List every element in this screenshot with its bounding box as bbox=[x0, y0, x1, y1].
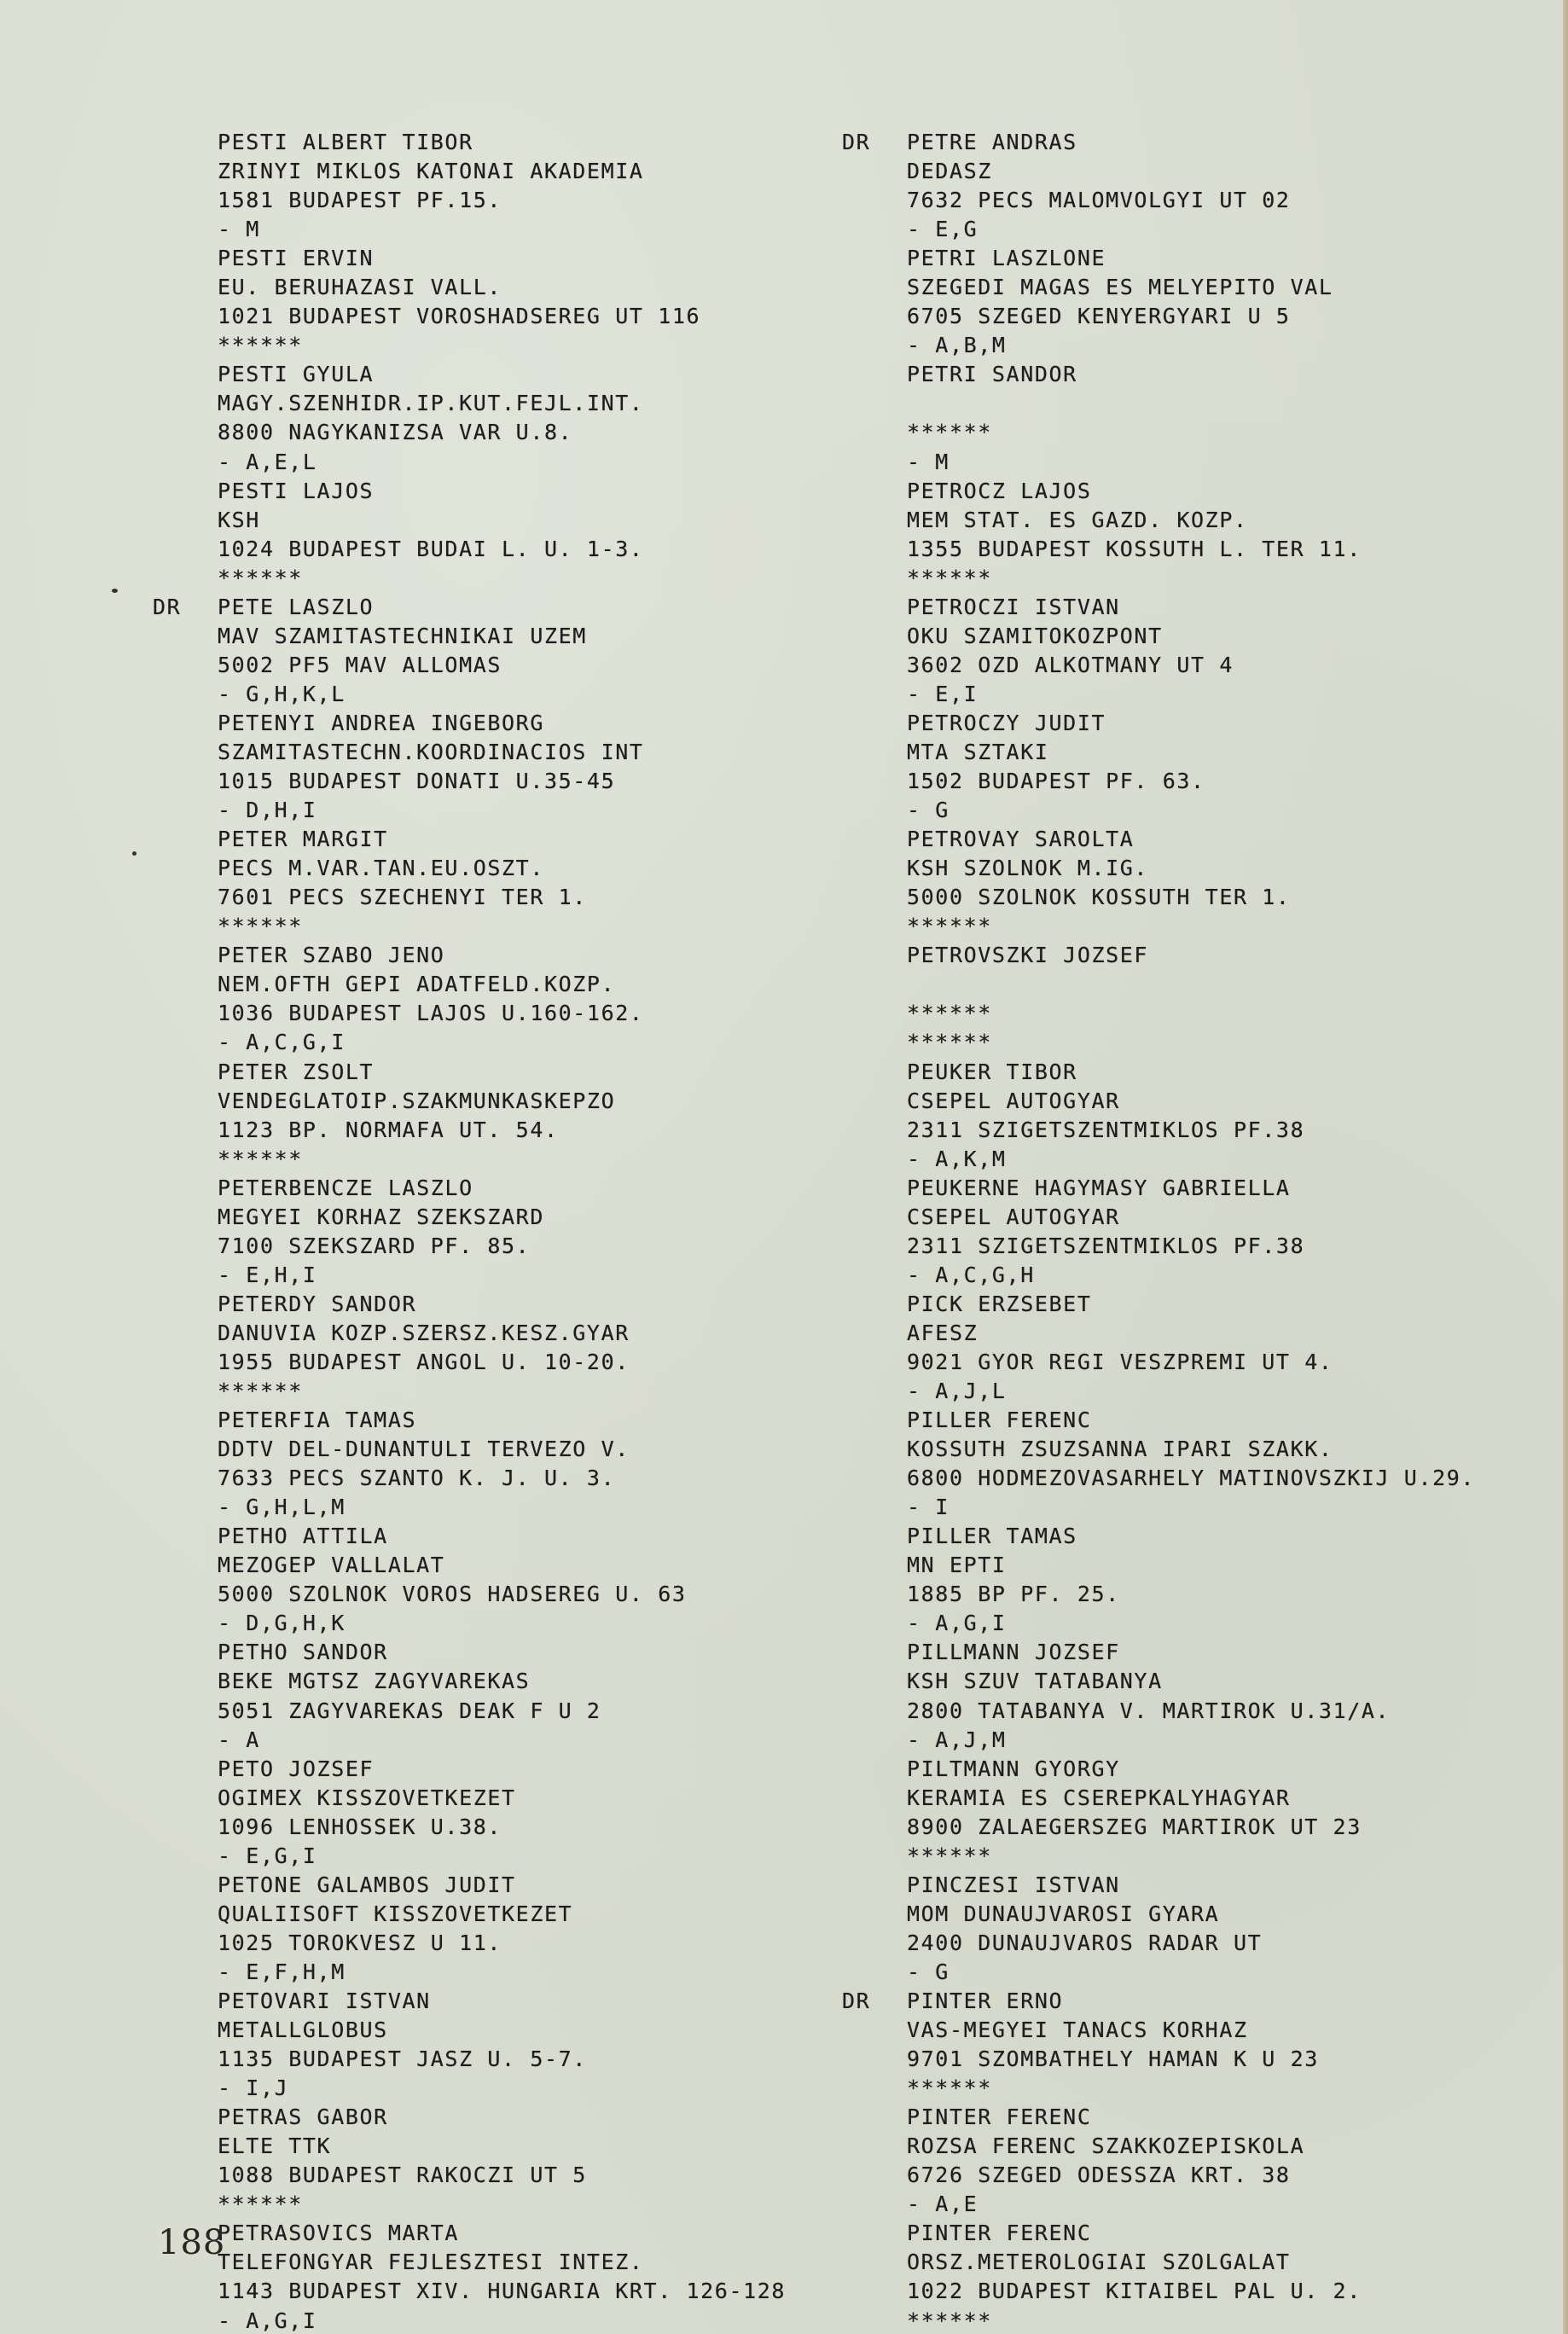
directory-line: 1088 BUDAPEST RAKOCZI UT 5 bbox=[218, 2161, 786, 2190]
directory-line: ZRINYI MIKLOS KATONAI AKADEMIA bbox=[218, 157, 786, 186]
directory-line: DRPETRE ANDRAS bbox=[907, 128, 1475, 157]
directory-line: - M bbox=[907, 448, 1475, 477]
directory-line: 5051 ZAGYVAREKAS DEAK F U 2 bbox=[218, 1697, 786, 1726]
directory-line bbox=[907, 389, 1475, 418]
line-text: - E,H,I bbox=[218, 1263, 317, 1287]
line-text: MAGY.SZENHIDR.IP.KUT.FEJL.INT. bbox=[218, 391, 644, 415]
directory-line: - A,G,I bbox=[218, 2307, 786, 2334]
directory-line: 7633 PECS SZANTO K. J. U. 3. bbox=[218, 1464, 786, 1493]
line-text: - A,G,I bbox=[907, 1611, 1007, 1635]
line-text: 2311 SZIGETSZENTMIKLOS PF.38 bbox=[907, 1118, 1304, 1142]
line-text: - G bbox=[907, 1960, 950, 1984]
directory-line: OGIMEX KISSZOVETKEZET bbox=[218, 1784, 786, 1813]
directory-line: 6800 HODMEZOVASARHELY MATINOVSZKIJ U.29. bbox=[907, 1464, 1475, 1493]
line-text: 1143 BUDAPEST XIV. HUNGARIA KRT. 126-128 bbox=[218, 2279, 786, 2303]
line-text: ****** bbox=[218, 1147, 303, 1171]
line-text: DDTV DEL-DUNANTULI TERVEZO V. bbox=[218, 1437, 630, 1461]
directory-line: 1024 BUDAPEST BUDAI L. U. 1-3. bbox=[218, 535, 786, 564]
directory-line: MAGY.SZENHIDR.IP.KUT.FEJL.INT. bbox=[218, 389, 786, 418]
line-text: CSEPEL AUTOGYAR bbox=[907, 1205, 1120, 1229]
directory-line: - A,G,I bbox=[907, 1609, 1475, 1638]
directory-line: PILLMANN JOZSEF bbox=[907, 1638, 1475, 1667]
directory-line: - A,J,L bbox=[907, 1377, 1475, 1406]
line-text: PESTI ERVIN bbox=[218, 246, 374, 270]
line-text: ****** bbox=[907, 914, 992, 938]
line-text: PILLMANN JOZSEF bbox=[907, 1640, 1120, 1664]
line-text: 1022 BUDAPEST KITAIBEL PAL U. 2. bbox=[907, 2279, 1362, 2303]
line-text: - A,C,G,H bbox=[907, 1263, 1035, 1287]
line-text: DANUVIA KOZP.SZERSZ.KESZ.GYAR bbox=[218, 1321, 630, 1345]
line-text: TELEFONGYAR FEJLESZTESI INTEZ. bbox=[218, 2250, 644, 2274]
title-prefix: DR bbox=[842, 1987, 870, 2016]
line-text: 6800 HODMEZOVASARHELY MATINOVSZKIJ U.29. bbox=[907, 1466, 1475, 1490]
directory-line: MOM DUNAUJVAROSI GYARA bbox=[907, 1900, 1475, 1929]
line-text: MOM DUNAUJVAROSI GYARA bbox=[907, 1901, 1219, 1926]
directory-line: - G bbox=[907, 796, 1475, 825]
directory-line: ****** bbox=[907, 418, 1475, 447]
directory-line: EU. BERUHAZASI VALL. bbox=[218, 273, 786, 302]
directory-line: NEM.OFTH GEPI ADATFELD.KOZP. bbox=[218, 970, 786, 999]
line-text: 1021 BUDAPEST VOROSHADSEREG UT 116 bbox=[218, 304, 700, 328]
line-text: ****** bbox=[218, 1379, 303, 1403]
directory-line: PETHO ATTILA bbox=[218, 1522, 786, 1551]
line-text: - A,E,L bbox=[218, 450, 317, 474]
title-prefix: DR bbox=[153, 593, 181, 622]
directory-line: ****** bbox=[218, 1145, 786, 1174]
line-text: 1355 BUDAPEST KOSSUTH L. TER 11. bbox=[907, 537, 1362, 561]
line-text: PETROCZI ISTVAN bbox=[907, 595, 1120, 619]
directory-line: 1123 BP. NORMAFA UT. 54. bbox=[218, 1116, 786, 1145]
line-text: - A,B,M bbox=[907, 333, 1007, 357]
directory-line: METALLGLOBUS bbox=[218, 2016, 786, 2045]
line-text: EU. BERUHAZASI VALL. bbox=[218, 275, 502, 299]
line-text: PETHO SANDOR bbox=[218, 1640, 388, 1664]
line-text: - D,G,H,K bbox=[218, 1611, 346, 1635]
directory-line: PETERDY SANDOR bbox=[218, 1290, 786, 1319]
line-text: 8800 NAGYKANIZSA VAR U.8. bbox=[218, 420, 572, 444]
line-text: SZEGEDI MAGAS ES MELYEPITO VAL bbox=[907, 275, 1333, 299]
directory-line: PETER ZSOLT bbox=[218, 1058, 786, 1087]
directory-line: KOSSUTH ZSUZSANNA IPARI SZAKK. bbox=[907, 1435, 1475, 1464]
line-text: - A,E bbox=[907, 2192, 978, 2216]
line-text: SZAMITASTECHN.KOORDINACIOS INT bbox=[218, 740, 644, 764]
directory-line: - D,H,I bbox=[218, 796, 786, 825]
line-text: MTA SZTAKI bbox=[907, 740, 1049, 764]
line-text: 7100 SZEKSZARD PF. 85. bbox=[218, 1234, 530, 1258]
line-text: OGIMEX KISSZOVETKEZET bbox=[218, 1785, 516, 1810]
directory-line: MEZOGEP VALLALAT bbox=[218, 1551, 786, 1580]
directory-line: 9701 SZOMBATHELY HAMAN K U 23 bbox=[907, 2045, 1475, 2074]
line-text: 6726 SZEGED ODESSZA KRT. 38 bbox=[907, 2163, 1291, 2187]
directory-line: PETRASOVICS MARTA bbox=[218, 2219, 786, 2248]
directory-line: 1015 BUDAPEST DONATI U.35-45 bbox=[218, 767, 786, 796]
directory-line: PETO JOZSEF bbox=[218, 1755, 786, 1784]
directory-line: PETER MARGIT bbox=[218, 825, 786, 854]
directory-line: 1502 BUDAPEST PF. 63. bbox=[907, 767, 1475, 796]
line-text: QUALIISOFT KISSZOVETKEZET bbox=[218, 1901, 572, 1926]
line-text: 1502 BUDAPEST PF. 63. bbox=[907, 769, 1205, 793]
directory-line: PINTER FERENC bbox=[907, 2103, 1475, 2132]
directory-line: 1022 BUDAPEST KITAIBEL PAL U. 2. bbox=[907, 2277, 1475, 2306]
directory-line: 7632 PECS MALOMVOLGYI UT 02 bbox=[907, 186, 1475, 215]
directory-line: - E,F,H,M bbox=[218, 1958, 786, 1987]
directory-line: TELEFONGYAR FEJLESZTESI INTEZ. bbox=[218, 2248, 786, 2277]
line-text: PINTER ERNO bbox=[907, 1989, 1063, 2013]
directory-line: 1025 TOROKVESZ U 11. bbox=[218, 1929, 786, 1958]
directory-line: ****** bbox=[218, 564, 786, 593]
directory-line: 5000 SZOLNOK VOROS HADSEREG U. 63 bbox=[218, 1580, 786, 1609]
line-text: PETE LASZLO bbox=[218, 595, 374, 619]
line-text: - A bbox=[218, 1727, 260, 1752]
line-text: 1015 BUDAPEST DONATI U.35-45 bbox=[218, 769, 615, 793]
directory-line: 2800 TATABANYA V. MARTIROK U.31/A. bbox=[907, 1697, 1475, 1726]
directory-line: MEM STAT. ES GAZD. KOZP. bbox=[907, 506, 1475, 535]
line-text: 2800 TATABANYA V. MARTIROK U.31/A. bbox=[907, 1698, 1390, 1723]
line-text: MAV SZAMITASTECHNIKAI UZEM bbox=[218, 624, 587, 648]
line-text: - M bbox=[907, 450, 950, 474]
directory-line: DRPETE LASZLO bbox=[218, 593, 786, 622]
line-text: PESTI GYULA bbox=[218, 362, 374, 386]
line-text: ****** bbox=[907, 2308, 992, 2333]
directory-line: ****** bbox=[907, 2074, 1475, 2103]
directory-line: MAV SZAMITASTECHNIKAI UZEM bbox=[218, 622, 786, 651]
directory-line: - A,C,G,H bbox=[907, 1261, 1475, 1290]
line-text: PETHO ATTILA bbox=[218, 1524, 388, 1548]
line-text: 1024 BUDAPEST BUDAI L. U. 1-3. bbox=[218, 537, 644, 561]
line-text: 1036 BUDAPEST LAJOS U.160-162. bbox=[218, 1001, 644, 1025]
line-text: PETENYI ANDREA INGEBORG bbox=[218, 711, 544, 735]
directory-line: 5002 PF5 MAV ALLOMAS bbox=[218, 651, 786, 680]
line-text: 1123 BP. NORMAFA UT. 54. bbox=[218, 1118, 559, 1142]
directory-line: ****** bbox=[907, 912, 1475, 941]
ink-speck bbox=[112, 589, 118, 593]
directory-line: PETENYI ANDREA INGEBORG bbox=[218, 709, 786, 738]
directory-line: - A,K,M bbox=[907, 1145, 1475, 1174]
directory-line: PINCZESI ISTVAN bbox=[907, 1871, 1475, 1900]
directory-line: PETERBENCZE LASZLO bbox=[218, 1174, 786, 1203]
line-text: OKU SZAMITOKOZPONT bbox=[907, 624, 1163, 648]
line-text: 1581 BUDAPEST PF.15. bbox=[218, 188, 502, 212]
line-text: PETOVARI ISTVAN bbox=[218, 1989, 431, 2013]
directory-line: ****** bbox=[907, 564, 1475, 593]
directory-line: MN EPTI bbox=[907, 1551, 1475, 1580]
directory-line: MEGYEI KORHAZ SZEKSZARD bbox=[218, 1203, 786, 1232]
directory-line: PETONE GALAMBOS JUDIT bbox=[218, 1871, 786, 1900]
directory-line: - G,H,L,M bbox=[218, 1493, 786, 1522]
directory-line: ****** bbox=[907, 1028, 1475, 1057]
title-prefix: DR bbox=[842, 128, 870, 157]
directory-line: - E,H,I bbox=[218, 1261, 786, 1290]
directory-line: PILLER TAMAS bbox=[907, 1522, 1475, 1551]
directory-line: ****** bbox=[907, 1842, 1475, 1871]
directory-column-left: PESTI ALBERT TIBORZRINYI MIKLOS KATONAI … bbox=[218, 128, 786, 2334]
line-text: ****** bbox=[907, 566, 992, 590]
directory-line: PILTMANN GYORGY bbox=[907, 1755, 1475, 1784]
line-text: - G bbox=[907, 798, 950, 822]
directory-line bbox=[907, 970, 1475, 999]
directory-line: PETRI LASZLONE bbox=[907, 244, 1475, 273]
line-text: 1025 TOROKVESZ U 11. bbox=[218, 1930, 502, 1955]
line-text: CSEPEL AUTOGYAR bbox=[907, 1089, 1120, 1113]
directory-line: ****** bbox=[907, 2307, 1475, 2334]
line-text: - D,H,I bbox=[218, 798, 317, 822]
directory-line: DDTV DEL-DUNANTULI TERVEZO V. bbox=[218, 1435, 786, 1464]
directory-line: PETERFIA TAMAS bbox=[218, 1406, 786, 1435]
directory-line: SZEGEDI MAGAS ES MELYEPITO VAL bbox=[907, 273, 1475, 302]
line-text: - E,G bbox=[907, 217, 978, 241]
line-text: MEZOGEP VALLALAT bbox=[218, 1553, 444, 1577]
directory-line: PETER SZABO JENO bbox=[218, 941, 786, 970]
line-text: 1885 BP PF. 25. bbox=[907, 1582, 1120, 1606]
directory-line: PILLER FERENC bbox=[907, 1406, 1475, 1435]
directory-line: SZAMITASTECHN.KOORDINACIOS INT bbox=[218, 738, 786, 767]
directory-line: PETROVSZKI JOZSEF bbox=[907, 941, 1475, 970]
line-text: MEGYEI KORHAZ SZEKSZARD bbox=[218, 1205, 544, 1229]
line-text: - A,K,M bbox=[907, 1147, 1007, 1171]
directory-line: PECS M.VAR.TAN.EU.OSZT. bbox=[218, 854, 786, 883]
directory-line: PETROVAY SAROLTA bbox=[907, 825, 1475, 854]
directory-line: 1355 BUDAPEST KOSSUTH L. TER 11. bbox=[907, 535, 1475, 564]
line-text: VENDEGLATOIP.SZAKMUNKASKEPZO bbox=[218, 1089, 615, 1113]
directory-line: MTA SZTAKI bbox=[907, 738, 1475, 767]
line-text: PETROCZY JUDIT bbox=[907, 711, 1106, 735]
directory-line: DRPINTER ERNO bbox=[907, 1987, 1475, 2016]
directory-line: BEKE MGTSZ ZAGYVAREKAS bbox=[218, 1667, 786, 1696]
line-text: PECS M.VAR.TAN.EU.OSZT. bbox=[218, 856, 544, 880]
line-text: PESTI ALBERT TIBOR bbox=[218, 130, 473, 154]
line-text: PILTMANN GYORGY bbox=[907, 1756, 1120, 1781]
directory-line: 9021 GYOR REGI VESZPREMI UT 4. bbox=[907, 1348, 1475, 1377]
directory-line: ROZSA FERENC SZAKKOZEPISKOLA bbox=[907, 2132, 1475, 2161]
directory-line: PEUKER TIBOR bbox=[907, 1058, 1475, 1087]
line-text: 2400 DUNAUJVAROS RADAR UT bbox=[907, 1930, 1262, 1955]
directory-line: 1955 BUDAPEST ANGOL U. 10-20. bbox=[218, 1348, 786, 1377]
directory-line: ****** bbox=[907, 999, 1475, 1028]
directory-line: - E,G,I bbox=[218, 1842, 786, 1871]
line-text: 9701 SZOMBATHELY HAMAN K U 23 bbox=[907, 2047, 1319, 2071]
directory-line: PEUKERNE HAGYMASY GABRIELLA bbox=[907, 1174, 1475, 1203]
line-text: ****** bbox=[907, 420, 992, 444]
directory-line: - E,I bbox=[907, 680, 1475, 709]
line-text: - I,J bbox=[218, 2076, 288, 2100]
line-text: PILLER TAMAS bbox=[907, 1524, 1077, 1548]
directory-line: AFESZ bbox=[907, 1319, 1475, 1348]
directory-line: PETRI SANDOR bbox=[907, 360, 1475, 389]
line-text: PETROCZ LAJOS bbox=[907, 479, 1091, 503]
directory-line: PESTI ERVIN bbox=[218, 244, 786, 273]
directory-line: - E,G bbox=[907, 215, 1475, 244]
line-text: ZRINYI MIKLOS KATONAI AKADEMIA bbox=[218, 159, 644, 183]
line-text: - A,J,M bbox=[907, 1727, 1007, 1752]
line-text: 7633 PECS SZANTO K. J. U. 3. bbox=[218, 1466, 615, 1490]
line-text: - E,F,H,M bbox=[218, 1960, 346, 1984]
line-text: PETONE GALAMBOS JUDIT bbox=[218, 1872, 516, 1897]
directory-line: PINTER FERENC bbox=[907, 2219, 1475, 2248]
directory-line: CSEPEL AUTOGYAR bbox=[907, 1203, 1475, 1232]
directory-line: ELTE TTK bbox=[218, 2132, 786, 2161]
directory-line: - I bbox=[907, 1493, 1475, 1522]
line-text: 2311 SZIGETSZENTMIKLOS PF.38 bbox=[907, 1234, 1304, 1258]
line-text: PETRE ANDRAS bbox=[907, 130, 1077, 154]
line-text: ****** bbox=[907, 1843, 992, 1868]
line-text: - G,H,K,L bbox=[218, 682, 346, 706]
directory-line: 1135 BUDAPEST JASZ U. 5-7. bbox=[218, 2045, 786, 2074]
line-text: 7601 PECS SZECHENYI TER 1. bbox=[218, 885, 587, 909]
directory-line: PETROCZI ISTVAN bbox=[907, 593, 1475, 622]
line-text: KSH SZUV TATABANYA bbox=[907, 1669, 1163, 1693]
line-text: 5000 SZOLNOK KOSSUTH TER 1. bbox=[907, 885, 1291, 909]
directory-line: CSEPEL AUTOGYAR bbox=[907, 1087, 1475, 1116]
directory-line: 1021 BUDAPEST VOROSHADSEREG UT 116 bbox=[218, 302, 786, 331]
directory-line: 2400 DUNAUJVAROS RADAR UT bbox=[907, 1929, 1475, 1958]
line-text: ****** bbox=[218, 914, 303, 938]
line-text: PETRAS GABOR bbox=[218, 2105, 388, 2129]
line-text: 7632 PECS MALOMVOLGYI UT 02 bbox=[907, 188, 1291, 212]
directory-line: PETHO SANDOR bbox=[218, 1638, 786, 1667]
line-text: - G,H,L,M bbox=[218, 1495, 346, 1519]
line-text: ****** bbox=[218, 566, 303, 590]
line-text: BEKE MGTSZ ZAGYVAREKAS bbox=[218, 1669, 530, 1693]
line-text: MEM STAT. ES GAZD. KOZP. bbox=[907, 508, 1248, 532]
directory-column-right: DRPETRE ANDRASDEDASZ7632 PECS MALOMVOLGY… bbox=[907, 128, 1475, 2334]
line-text: PICK ERZSEBET bbox=[907, 1292, 1091, 1316]
directory-line: 7601 PECS SZECHENYI TER 1. bbox=[218, 883, 786, 912]
line-text: - A,C,G,I bbox=[218, 1030, 346, 1054]
line-text: - A,G,I bbox=[218, 2308, 317, 2333]
line-text: 3602 OZD ALKOTMANY UT 4 bbox=[907, 653, 1234, 677]
directory-line: 6726 SZEGED ODESSZA KRT. 38 bbox=[907, 2161, 1475, 2190]
line-text: PINTER FERENC bbox=[907, 2221, 1091, 2245]
directory-line: PETRAS GABOR bbox=[218, 2103, 786, 2132]
directory-line: PETROCZ LAJOS bbox=[907, 477, 1475, 506]
directory-line: 5000 SZOLNOK KOSSUTH TER 1. bbox=[907, 883, 1475, 912]
directory-line: - A,B,M bbox=[907, 331, 1475, 360]
line-text: PETER SZABO JENO bbox=[218, 943, 444, 967]
line-text: DEDASZ bbox=[907, 159, 992, 183]
line-text: METALLGLOBUS bbox=[218, 2018, 388, 2042]
directory-line: 8800 NAGYKANIZSA VAR U.8. bbox=[218, 418, 786, 447]
line-text: ROZSA FERENC SZAKKOZEPISKOLA bbox=[907, 2134, 1304, 2158]
line-text: PETRI SANDOR bbox=[907, 362, 1077, 386]
directory-line: DEDASZ bbox=[907, 157, 1475, 186]
line-text: PETERFIA TAMAS bbox=[218, 1408, 416, 1432]
line-text: ELTE TTK bbox=[218, 2134, 331, 2158]
directory-line: 2311 SZIGETSZENTMIKLOS PF.38 bbox=[907, 1232, 1475, 1261]
ink-speck bbox=[132, 851, 136, 856]
line-text: PEUKERNE HAGYMASY GABRIELLA bbox=[907, 1176, 1291, 1200]
line-text: 5000 SZOLNOK VOROS HADSEREG U. 63 bbox=[218, 1582, 687, 1606]
line-text: - M bbox=[218, 217, 260, 241]
line-text: PESTI LAJOS bbox=[218, 479, 374, 503]
line-text: - E,G,I bbox=[218, 1843, 317, 1868]
line-text: 1955 BUDAPEST ANGOL U. 10-20. bbox=[218, 1350, 630, 1374]
line-text: PILLER FERENC bbox=[907, 1408, 1091, 1432]
line-text: VAS-MEGYEI TANACS KORHAZ bbox=[907, 2018, 1248, 2042]
line-text: PETROVSZKI JOZSEF bbox=[907, 943, 1148, 967]
line-text: - A,J,L bbox=[907, 1379, 1007, 1403]
line-text: KERAMIA ES CSEREPKALYHAGYAR bbox=[907, 1785, 1291, 1810]
directory-line: KSH bbox=[218, 506, 786, 535]
directory-line: - A,E,L bbox=[218, 448, 786, 477]
line-text: 9021 GYOR REGI VESZPREMI UT 4. bbox=[907, 1350, 1333, 1374]
directory-line: 1581 BUDAPEST PF.15. bbox=[218, 186, 786, 215]
directory-line: 1096 LENHOSSEK U.38. bbox=[218, 1813, 786, 1842]
line-text: PETO JOZSEF bbox=[218, 1756, 374, 1781]
line-text: PETER ZSOLT bbox=[218, 1060, 374, 1084]
line-text: KSH bbox=[218, 508, 260, 532]
directory-line: - A,C,G,I bbox=[218, 1028, 786, 1057]
directory-line: KERAMIA ES CSEREPKALYHAGYAR bbox=[907, 1784, 1475, 1813]
line-text: KSH SZOLNOK M.IG. bbox=[907, 856, 1148, 880]
line-text: NEM.OFTH GEPI ADATFELD.KOZP. bbox=[218, 972, 615, 996]
directory-line: KSH SZOLNOK M.IG. bbox=[907, 854, 1475, 883]
directory-line: ORSZ.METEROLOGIAI SZOLGALAT bbox=[907, 2248, 1475, 2277]
directory-line: PETOVARI ISTVAN bbox=[218, 1987, 786, 2016]
line-text: - I bbox=[907, 1495, 950, 1519]
directory-line: 2311 SZIGETSZENTMIKLOS PF.38 bbox=[907, 1116, 1475, 1145]
line-text: ****** bbox=[907, 1030, 992, 1054]
line-text: PINTER FERENC bbox=[907, 2105, 1091, 2129]
line-text: 5051 ZAGYVAREKAS DEAK F U 2 bbox=[218, 1698, 601, 1723]
directory-line: PESTI LAJOS bbox=[218, 477, 786, 506]
directory-line: - A bbox=[218, 1726, 786, 1755]
directory-line: 3602 OZD ALKOTMANY UT 4 bbox=[907, 651, 1475, 680]
line-text: - E,I bbox=[907, 682, 978, 706]
line-text: PETRASOVICS MARTA bbox=[218, 2221, 459, 2245]
directory-line: PICK ERZSEBET bbox=[907, 1290, 1475, 1319]
line-text: ****** bbox=[907, 1001, 992, 1025]
directory-line: ****** bbox=[218, 1377, 786, 1406]
directory-line: - A,E bbox=[907, 2190, 1475, 2219]
directory-line: OKU SZAMITOKOZPONT bbox=[907, 622, 1475, 651]
directory-line: VENDEGLATOIP.SZAKMUNKASKEPZO bbox=[218, 1087, 786, 1116]
directory-line: KSH SZUV TATABANYA bbox=[907, 1667, 1475, 1696]
directory-line: - G,H,K,L bbox=[218, 680, 786, 709]
line-text: PEUKER TIBOR bbox=[907, 1060, 1077, 1084]
page-number: 188 bbox=[158, 2223, 225, 2262]
directory-line: - G bbox=[907, 1958, 1475, 1987]
directory-line: 1885 BP PF. 25. bbox=[907, 1580, 1475, 1609]
directory-line: - A,J,M bbox=[907, 1726, 1475, 1755]
directory-line: PETROCZY JUDIT bbox=[907, 709, 1475, 738]
line-text: ****** bbox=[218, 2192, 303, 2216]
line-text: PETERDY SANDOR bbox=[218, 1292, 416, 1316]
line-text: PETER MARGIT bbox=[218, 827, 388, 851]
line-text: KOSSUTH ZSUZSANNA IPARI SZAKK. bbox=[907, 1437, 1333, 1461]
line-text: 8900 ZALAEGERSZEG MARTIROK UT 23 bbox=[907, 1814, 1362, 1839]
line-text: PINCZESI ISTVAN bbox=[907, 1872, 1120, 1897]
directory-line: 1036 BUDAPEST LAJOS U.160-162. bbox=[218, 999, 786, 1028]
line-text: 1135 BUDAPEST JASZ U. 5-7. bbox=[218, 2047, 587, 2071]
directory-line: - M bbox=[218, 215, 786, 244]
line-text: 5002 PF5 MAV ALLOMAS bbox=[218, 653, 502, 677]
directory-line: PESTI GYULA bbox=[218, 360, 786, 389]
line-text: MN EPTI bbox=[907, 1553, 1007, 1577]
directory-line: ****** bbox=[218, 331, 786, 360]
directory-line: 6705 SZEGED KENYERGYARI U 5 bbox=[907, 302, 1475, 331]
directory-line: QUALIISOFT KISSZOVETKEZET bbox=[218, 1900, 786, 1929]
line-text: PETROVAY SAROLTA bbox=[907, 827, 1134, 851]
line-text: PETERBENCZE LASZLO bbox=[218, 1176, 473, 1200]
directory-line: DANUVIA KOZP.SZERSZ.KESZ.GYAR bbox=[218, 1319, 786, 1348]
line-text: AFESZ bbox=[907, 1321, 978, 1345]
line-text: ORSZ.METEROLOGIAI SZOLGALAT bbox=[907, 2250, 1291, 2274]
directory-line: 8900 ZALAEGERSZEG MARTIROK UT 23 bbox=[907, 1813, 1475, 1842]
page-edge bbox=[1563, 0, 1568, 2334]
line-text: 1096 LENHOSSEK U.38. bbox=[218, 1814, 502, 1839]
directory-line: - D,G,H,K bbox=[218, 1609, 786, 1638]
line-text: 1088 BUDAPEST RAKOCZI UT 5 bbox=[218, 2163, 587, 2187]
